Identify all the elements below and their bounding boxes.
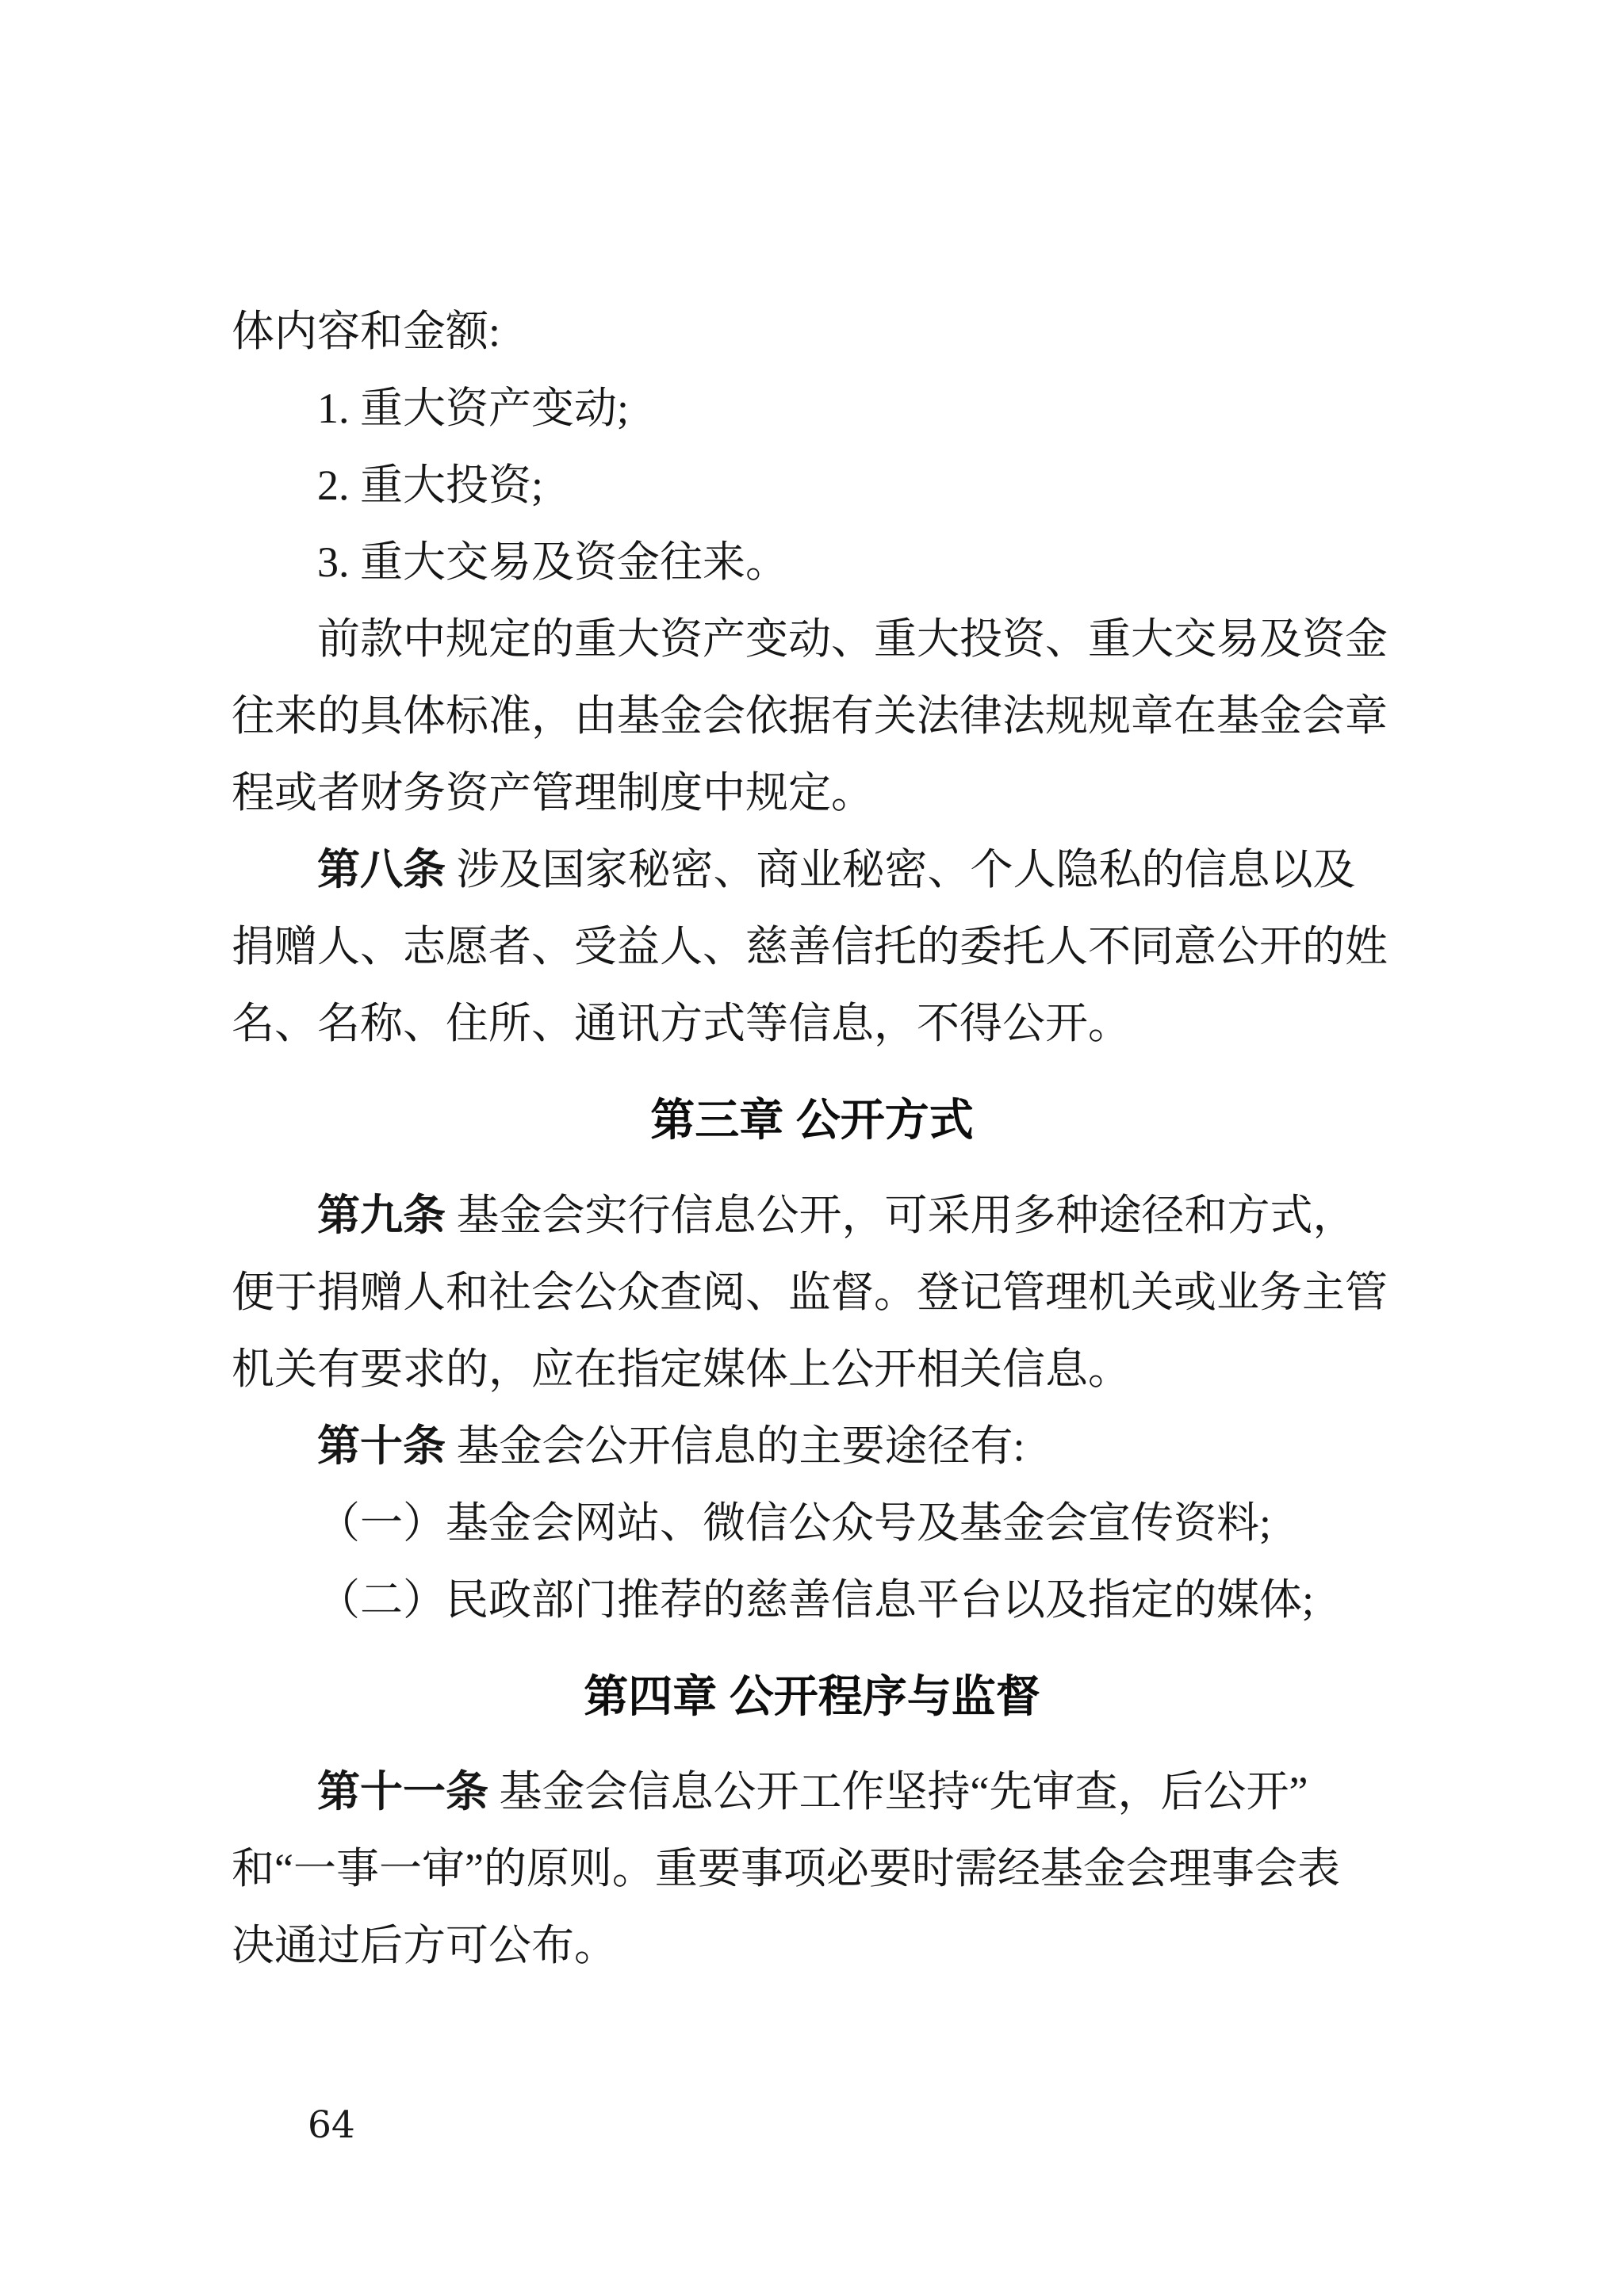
article-line: 第九条 基金会实行信息公开，可采用多种途径和方式， <box>232 1177 1392 1254</box>
chapter-heading: 第四章 公开程序与监督 <box>232 1658 1392 1735</box>
article-number: 第十条 <box>317 1422 446 1470</box>
text-line: 便于捐赠人和社会公众查阅、监督。登记管理机关或业务主管 <box>232 1254 1392 1331</box>
text-line: 和“一事一审”的原则。重要事项必要时需经基金会理事会表 <box>232 1831 1392 1908</box>
list-item: 2. 重大投资; <box>232 447 1392 524</box>
document-page: 体内容和金额: 1. 重大资产变动; 2. 重大投资; 3. 重大交易及资金往来… <box>0 0 1624 2296</box>
article-number: 第十一条 <box>317 1768 488 1816</box>
article-line: 第八条 涉及国家秘密、商业秘密、个人隐私的信息以及 <box>232 832 1392 909</box>
article-number: 第九条 <box>317 1192 446 1239</box>
article-text: 基金会实行信息公开，可采用多种途径和方式， <box>446 1192 1356 1239</box>
article-text: 基金会公开信息的主要途径有: <box>446 1422 1025 1470</box>
text-line: 名、名称、住所、通讯方式等信息，不得公开。 <box>232 985 1392 1062</box>
list-item: （一）基金会网站、微信公众号及基金会宣传资料; <box>232 1485 1392 1562</box>
text-line: 前款中规定的重大资产变动、重大投资、重大交易及资金 <box>232 601 1392 678</box>
list-item: 3. 重大交易及资金往来。 <box>232 524 1392 601</box>
text-line: 捐赠人、志愿者、受益人、慈善信托的委托人不同意公开的姓 <box>232 909 1392 985</box>
text-line: 往来的具体标准，由基金会依据有关法律法规规章在基金会章 <box>232 678 1392 755</box>
article-text: 涉及国家秘密、商业秘密、个人隐私的信息以及 <box>446 846 1356 894</box>
text-line: 体内容和金额: <box>232 293 1392 370</box>
article-number: 第八条 <box>317 846 446 894</box>
list-item: 1. 重大资产变动; <box>232 370 1392 447</box>
article-line: 第十条 基金会公开信息的主要途径有: <box>232 1408 1392 1485</box>
article-line: 第十一条 基金会信息公开工作坚持“先审查，后公开” <box>232 1754 1392 1831</box>
list-item: （二）民政部门推荐的慈善信息平台以及指定的媒体; <box>232 1562 1392 1639</box>
document-body: 体内容和金额: 1. 重大资产变动; 2. 重大投资; 3. 重大交易及资金往来… <box>232 293 1392 1984</box>
article-text: 基金会信息公开工作坚持“先审查，后公开” <box>488 1768 1308 1816</box>
page-number: 64 <box>308 2101 355 2150</box>
text-line: 程或者财务资产管理制度中规定。 <box>232 755 1392 832</box>
text-line: 机关有要求的，应在指定媒体上公开相关信息。 <box>232 1331 1392 1408</box>
text-line: 决通过后方可公布。 <box>232 1908 1392 1984</box>
chapter-heading: 第三章 公开方式 <box>232 1081 1392 1158</box>
